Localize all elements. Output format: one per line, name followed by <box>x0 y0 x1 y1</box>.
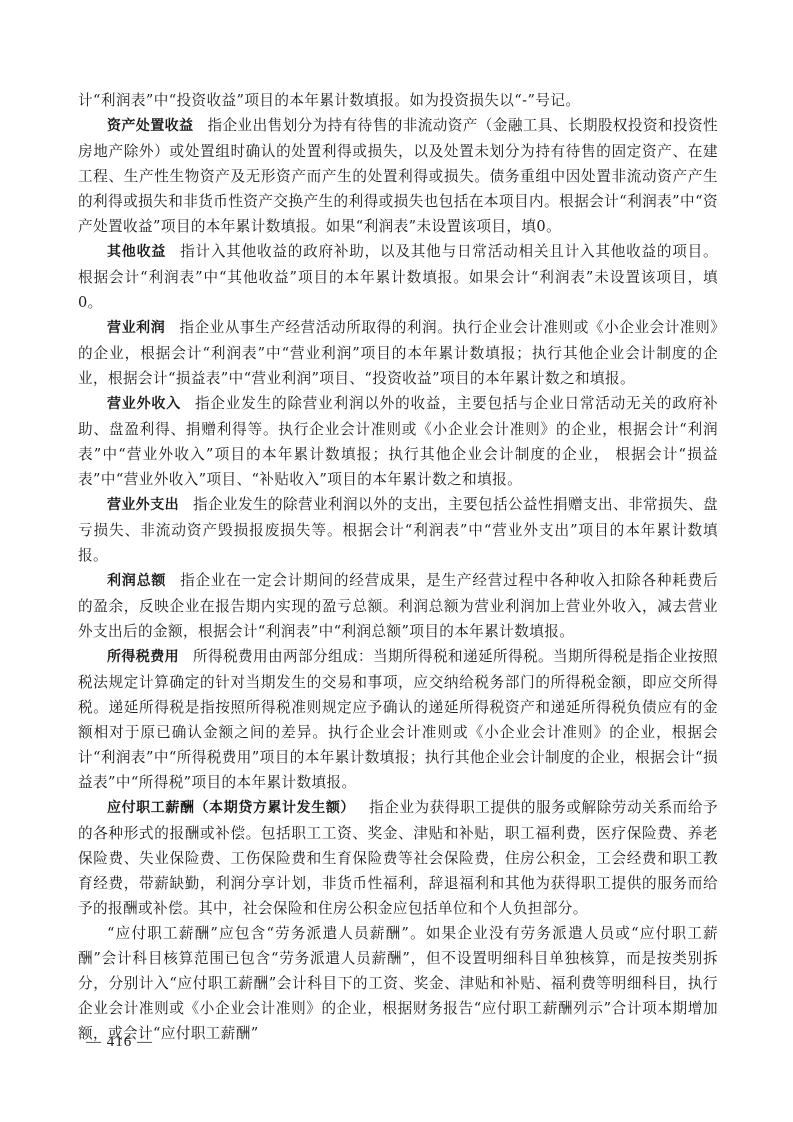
paragraph-payroll-payable: 应付职工薪酬（本期贷方累计发生额）指企业为获得职工提供的服务或解除劳动关系而给予… <box>78 795 718 921</box>
paragraph-text: 所得税费用由两部分组成：当期所得税和递延所得税。当期所得税是指企业按照税法规定计… <box>78 648 718 791</box>
paragraph-total-profit: 利润总额指企业在一定会计期间的经营成果，是生产经营过程中各种收入扣除各种耗费后的… <box>78 568 718 644</box>
paragraph-non-operating-expense: 营业外支出指企业发生的除营业利润以外的支出，主要包括公益性捐赠支出、非常损失、盘… <box>78 492 718 568</box>
term-heading: 利润总额 <box>107 573 166 589</box>
term-heading: 其他收益 <box>107 244 166 260</box>
term-heading: 应付职工薪酬（本期贷方累计发生额） <box>107 800 355 816</box>
paragraph-text: 计“利润表”中“投资收益”项目的本年累计数填报。如为投资损失以“-”号记。 <box>78 92 580 109</box>
term-heading: 营业外收入 <box>107 396 181 412</box>
document-body: 计“利润表”中“投资收益”项目的本年累计数填报。如为投资损失以“-”号记。 资产… <box>78 88 718 1046</box>
page-number: — 416 — <box>86 1034 153 1051</box>
paragraph-dispatched-labor: “应付职工薪酬”应包含“劳务派遣人员薪酬”。如果企业没有劳务派遣人员或“应付职工… <box>78 921 718 1046</box>
paragraph-non-operating-income: 营业外收入指企业发生的除营业利润以外的收益，主要包括与企业日常活动无关的政府补助… <box>78 391 718 492</box>
paragraph-asset-disposal-income: 资产处置收益指企业出售划分为持有待售的非流动资产（金融工具、长期股权投资和投资性… <box>78 113 718 239</box>
paragraph-text: “应付职工薪酬”应包含“劳务派遣人员薪酬”。如果企业没有劳务派遣人员或“应付职工… <box>78 925 718 1042</box>
paragraph-other-income: 其他收益指计入其他收益的政府补助，以及其他与日常活动相关且计入其他收益的项目。根… <box>78 239 718 315</box>
paragraph-text: 指企业从事生产经营活动所取得的利润。执行企业会计准则或《小企业会计准则》的企业，… <box>78 319 718 387</box>
term-heading: 营业利润 <box>107 320 165 336</box>
paragraph-text: 指企业出售划分为持有待售的非流动资产（金融工具、长期股权投资和投资性房地产除外）… <box>78 117 718 235</box>
paragraph-investment-income-cont: 计“利润表”中“投资收益”项目的本年累计数填报。如为投资损失以“-”号记。 <box>78 88 718 113</box>
term-heading: 营业外支出 <box>107 497 179 513</box>
paragraph-income-tax-expense: 所得税费用所得税费用由两部分组成：当期所得税和递延所得税。当期所得税是指企业按照… <box>78 644 718 795</box>
paragraph-operating-profit: 营业利润指企业从事生产经营活动所取得的利润。执行企业会计准则或《小企业会计准则》… <box>78 315 718 391</box>
term-heading: 所得税费用 <box>107 649 179 665</box>
term-heading: 资产处置收益 <box>107 118 194 134</box>
paragraph-text: 指企业在一定会计期间的经营成果，是生产经营过程中各种收入扣除各种耗费后的盈余，反… <box>78 572 718 640</box>
paragraph-text: 指企业为获得职工提供的服务或解除劳动关系而给予的各种形式的报酬或补偿。包括职工工… <box>78 799 718 917</box>
paragraph-text: 指计入其他收益的政府补助，以及其他与日常活动相关且计入其他收益的项目。根据会计“… <box>78 243 718 311</box>
